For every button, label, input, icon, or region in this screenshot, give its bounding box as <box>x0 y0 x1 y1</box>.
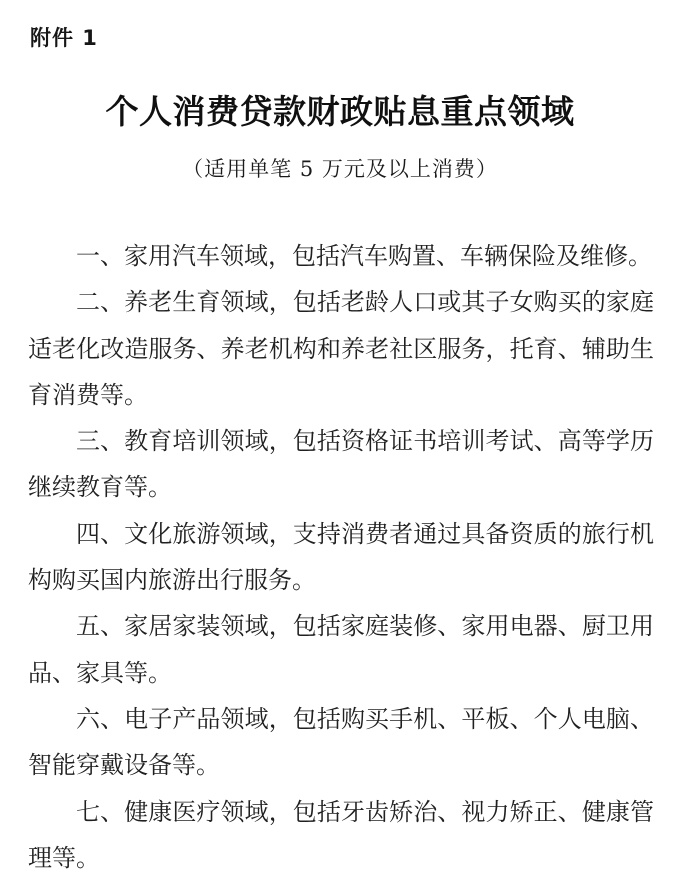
document-page: 附件 1 个人消费贷款财政贴息重点领域 （适用单笔 5 万元及以上消费） 一、家… <box>0 0 680 887</box>
paragraph-item: 三、教育培训领域，包括资格证书培训考试、高等学历继续教育等。 <box>28 418 654 511</box>
paragraph-item: 一、家用汽车领域，包括汽车购置、车辆保险及维修。 <box>28 233 654 279</box>
paragraph-item: 六、电子产品领域，包括购买手机、平板、个人电脑、智能穿戴设备等。 <box>28 696 654 789</box>
attachment-label: 附件 1 <box>30 27 98 50</box>
paragraph-item: 五、家居家装领域，包括家庭装修、家用电器、厨卫用品、家具等。 <box>28 603 654 696</box>
page-title: 个人消费贷款财政贴息重点领域 <box>0 94 680 130</box>
page-subtitle: （适用单笔 5 万元及以上消费） <box>0 157 680 181</box>
document-body: 一、家用汽车领域，包括汽车购置、车辆保险及维修。 二、养老生育领域，包括老龄人口… <box>28 233 654 881</box>
paragraph-item: 七、健康医疗领域，包括牙齿矫治、视力矫正、健康管理等。 <box>28 789 654 882</box>
paragraph-item: 二、养老生育领域，包括老龄人口或其子女购买的家庭适老化改造服务、养老机构和养老社… <box>28 279 654 418</box>
paragraph-item: 四、文化旅游领域，支持消费者通过具备资质的旅行机构购买国内旅游出行服务。 <box>28 511 654 604</box>
